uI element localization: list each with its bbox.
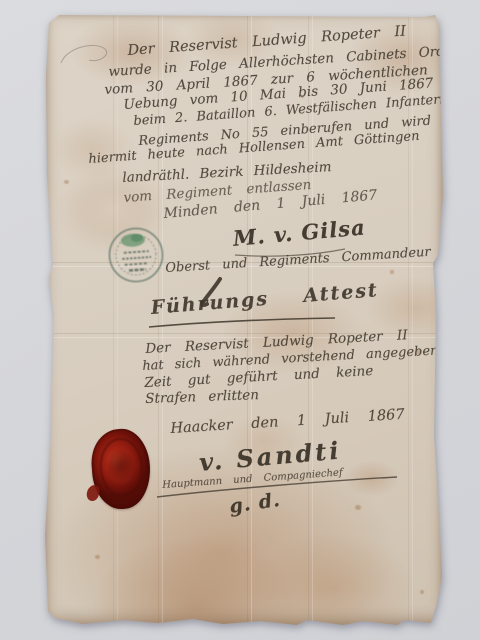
circular-ink-stamp xyxy=(105,224,167,286)
place-date-line: Haacker den 1 Juli 1867 xyxy=(170,407,405,437)
red-wax-seal xyxy=(89,427,152,511)
wax-drip xyxy=(85,484,100,502)
pencil-flourish xyxy=(61,45,107,63)
vertical-fold-crease xyxy=(113,15,118,625)
document-heading: Führungs Attest xyxy=(150,279,380,319)
initials-monogram: g. d. xyxy=(228,489,282,518)
document-paper: Der Reservist Ludwig Ropeter II wurde in… xyxy=(45,15,443,625)
foxing-speck xyxy=(95,555,100,559)
handwritten-line: Strafen erlitten xyxy=(145,387,259,407)
foxing-speck xyxy=(390,270,394,274)
commander-signature: M. v. Gilsa xyxy=(232,214,367,250)
document-wrapper: Der Reservist Ludwig Ropeter II wurde in… xyxy=(0,0,480,640)
foxing-speck xyxy=(355,505,361,510)
photo-backdrop: Der Reservist Ludwig Ropeter II wurde in… xyxy=(0,0,480,640)
foxing-speck xyxy=(64,180,69,184)
foxing-speck xyxy=(420,590,424,594)
